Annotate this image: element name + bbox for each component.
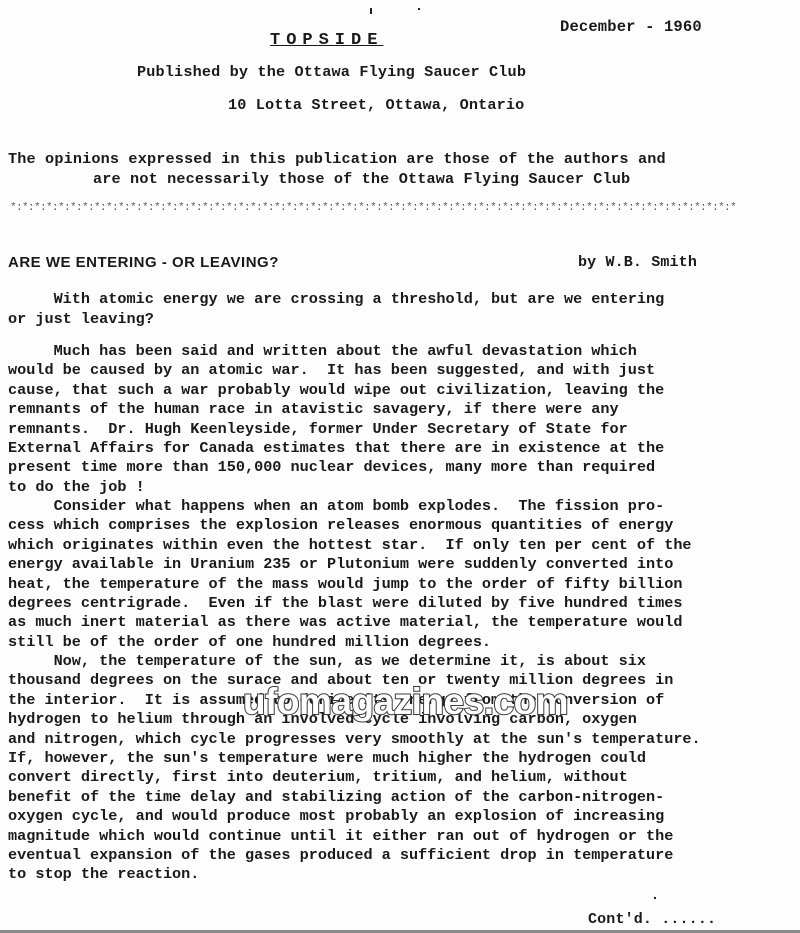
separator-rule: *:*:*:*:*:*:*:*:*:*:*:*:*:*:*:*:*:*:*:*:… (10, 203, 736, 214)
ink-speck (654, 897, 656, 899)
text-line: convert directly, first into deuterium, … (8, 768, 798, 787)
text-line: Consider what happens when an atom bomb … (8, 497, 798, 516)
text-line: benefit of the time delay and stabilizin… (8, 788, 798, 807)
text-line: Much has been said and written about the… (8, 342, 798, 361)
text-line: to do the job ! (8, 478, 798, 497)
text-line: If, however, the sun's temperature were … (8, 749, 798, 768)
text-line: cause, that such a war probably would wi… (8, 381, 798, 400)
text-line: which originates within even the hottest… (8, 536, 798, 555)
paragraph-2: Much has been said and written about the… (8, 342, 798, 497)
text-line: remnants of the human race in atavistic … (8, 400, 798, 419)
text-line: eventual expansion of the gases produced… (8, 846, 798, 865)
typewritten-page: TOPSIDE December - 1960 Published by the… (0, 0, 800, 933)
newsletter-title: TOPSIDE (270, 32, 383, 49)
text-line: energy available in Uranium 235 or Pluto… (8, 555, 798, 574)
text-line: or just leaving? (8, 309, 798, 329)
paragraph-1: With atomic energy we are crossing a thr… (8, 289, 798, 329)
disclaimer-line-2: are not necessarily those of the Ottawa … (93, 172, 630, 187)
ink-speck (370, 8, 372, 14)
paragraph-3: Consider what happens when an atom bomb … (8, 497, 798, 652)
text-line: With atomic energy we are crossing a thr… (8, 289, 798, 309)
address-line: 10 Lotta Street, Ottawa, Ontario (228, 98, 524, 113)
publisher-line: Published by the Ottawa Flying Saucer Cl… (137, 65, 526, 80)
text-line: to stop the reaction. (8, 865, 798, 884)
text-line: heat, the temperature of the mass would … (8, 575, 798, 594)
text-line: External Affairs for Canada estimates th… (8, 439, 798, 458)
article-headline: ARE WE ENTERING - OR LEAVING? (8, 255, 279, 270)
ink-speck (418, 8, 420, 10)
text-line: as much inert material as there was acti… (8, 613, 798, 632)
text-line: cess which comprises the explosion relea… (8, 516, 798, 535)
text-line: magnitude which would continue until it … (8, 827, 798, 846)
text-line: and nitrogen, which cycle progresses ver… (8, 730, 798, 749)
text-line: would be caused by an atomic war. It has… (8, 361, 798, 380)
text-line: present time more than 150,000 nuclear d… (8, 458, 798, 477)
text-line: degrees centrigrade. Even if the blast w… (8, 594, 798, 613)
text-line: Now, the temperature of the sun, as we d… (8, 652, 798, 671)
issue-date: December - 1960 (560, 20, 702, 36)
text-line: still be of the order of one hundred mil… (8, 633, 798, 652)
text-line: oxygen cycle, and would produce most pro… (8, 807, 798, 826)
site-watermark: ufomagazines.com (243, 683, 568, 720)
article-byline: by W.B. Smith (578, 255, 697, 270)
text-line: remnants. Dr. Hugh Keenleyside, former U… (8, 420, 798, 439)
continued-note: Cont'd. ...... (588, 912, 716, 927)
disclaimer-line-1: The opinions expressed in this publicati… (8, 152, 666, 167)
